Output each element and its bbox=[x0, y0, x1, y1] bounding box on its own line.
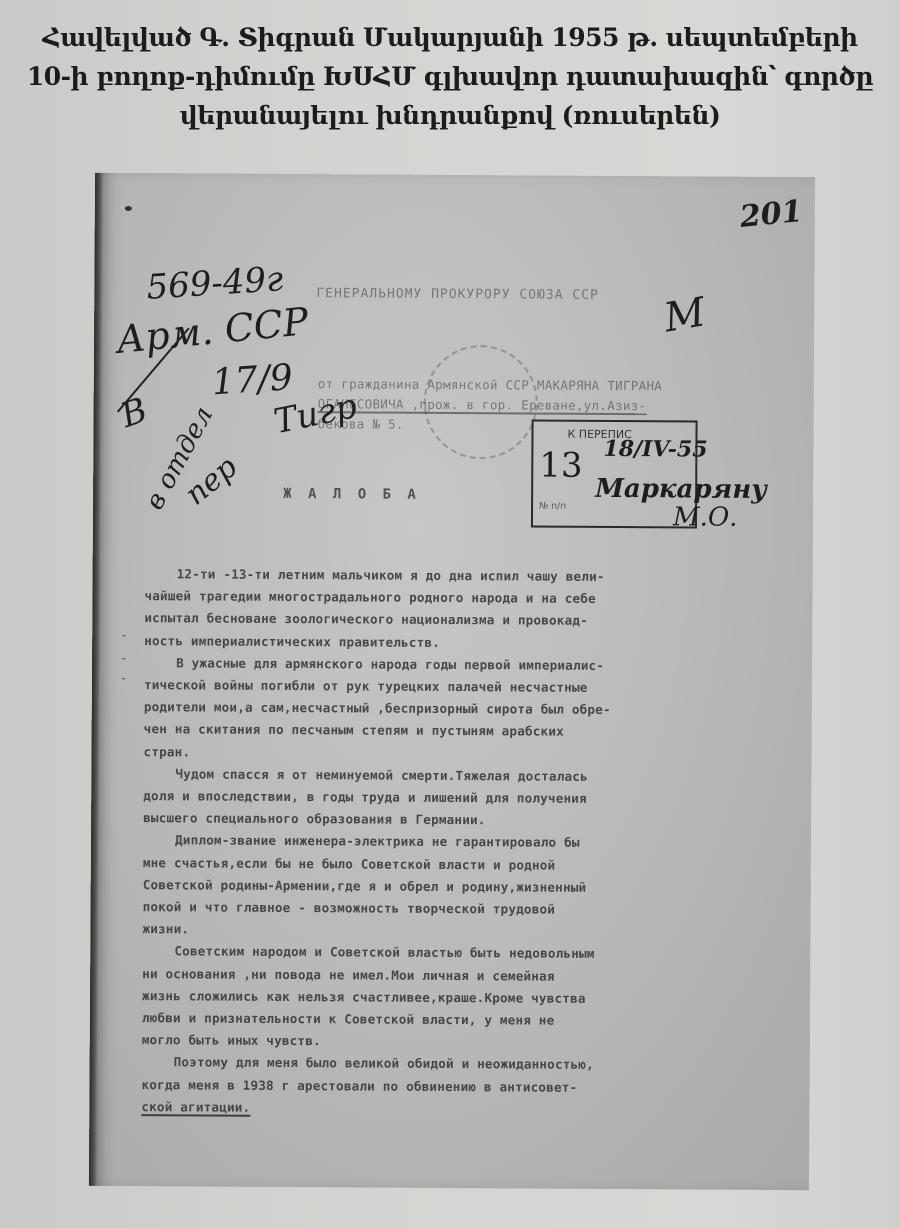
caption-line-2: 10-ի բողոք-դիմումը ԽՍՀՄ գլխավոր դատախազի… bbox=[0, 57, 900, 96]
handwritten-initial: М bbox=[661, 289, 709, 341]
stamp-handwritten-name: Маркаряну bbox=[595, 474, 767, 505]
handwritten-signature-mark: В bbox=[116, 390, 153, 436]
stamp-handwritten-initials: М.О. bbox=[673, 502, 738, 532]
sender-line-2: ОГАНЕСОВИЧА ,прож. в гор. Ереване,ул.Ази… bbox=[318, 396, 647, 415]
paragraph-5: Поэтому для меня было великой обидой и н… bbox=[141, 1052, 781, 1123]
caption-line-1: Հավելված Գ. Տիգրան Մակարյանի 1955 թ. սեպ… bbox=[0, 18, 900, 57]
paragraph-3: Чудом спасся я от неминуемой смерти.Тяже… bbox=[142, 763, 783, 945]
handwritten-date-mark: 17/9 bbox=[211, 357, 294, 403]
stamp-label-number: № п/п bbox=[539, 502, 566, 512]
punch-hole bbox=[125, 206, 132, 211]
binding-edge bbox=[89, 173, 103, 1186]
margin-dash: - bbox=[120, 651, 127, 665]
stamp-handwritten-date: 18/IV-55 bbox=[603, 436, 707, 463]
addressee: ГЕНЕРАЛЬНОМУ ПРОКУРОРУ СОЮЗА ССР bbox=[316, 286, 599, 303]
page-caption: Հավելված Գ. Տիգրան Մակարյանի 1955 թ. սեպ… bbox=[0, 18, 900, 135]
margin-dash: - bbox=[120, 671, 127, 685]
page-number: 201 bbox=[738, 194, 804, 235]
handwritten-case-number: 569-49г bbox=[145, 259, 284, 308]
stamp-handwritten-number: 13 bbox=[539, 446, 583, 486]
archival-document-scan: 201 569-49г ГЕНЕРАЛЬНОМУ ПРОКУРОРУ СОЮЗА… bbox=[89, 173, 815, 1190]
document-title: Ж А Л О Б А bbox=[283, 486, 420, 503]
complaint-body: 12-ти -13-ти летним мальчиком я до дна и… bbox=[141, 563, 784, 1122]
margin-dash: - bbox=[120, 628, 127, 642]
paragraph-4: Советским народом и Советской властью бы… bbox=[142, 941, 783, 1056]
paragraph-1: 12-ти -13-ти летним мальчиком я до дна и… bbox=[144, 563, 785, 656]
handwritten-region: Арм. ССР bbox=[114, 299, 310, 362]
caption-line-3: վերանայելու խնդրանքով (ռուսերեն) bbox=[0, 96, 900, 135]
body-line: ской агитации. bbox=[141, 1099, 250, 1117]
sender-line-3: бекова № 5. bbox=[318, 416, 404, 432]
paragraph-2: В ужасные для армянского народа годы пер… bbox=[143, 652, 784, 767]
sender-line-1: от гражданина Армянской ССР МАКАРЯНА ТИГ… bbox=[318, 376, 662, 393]
